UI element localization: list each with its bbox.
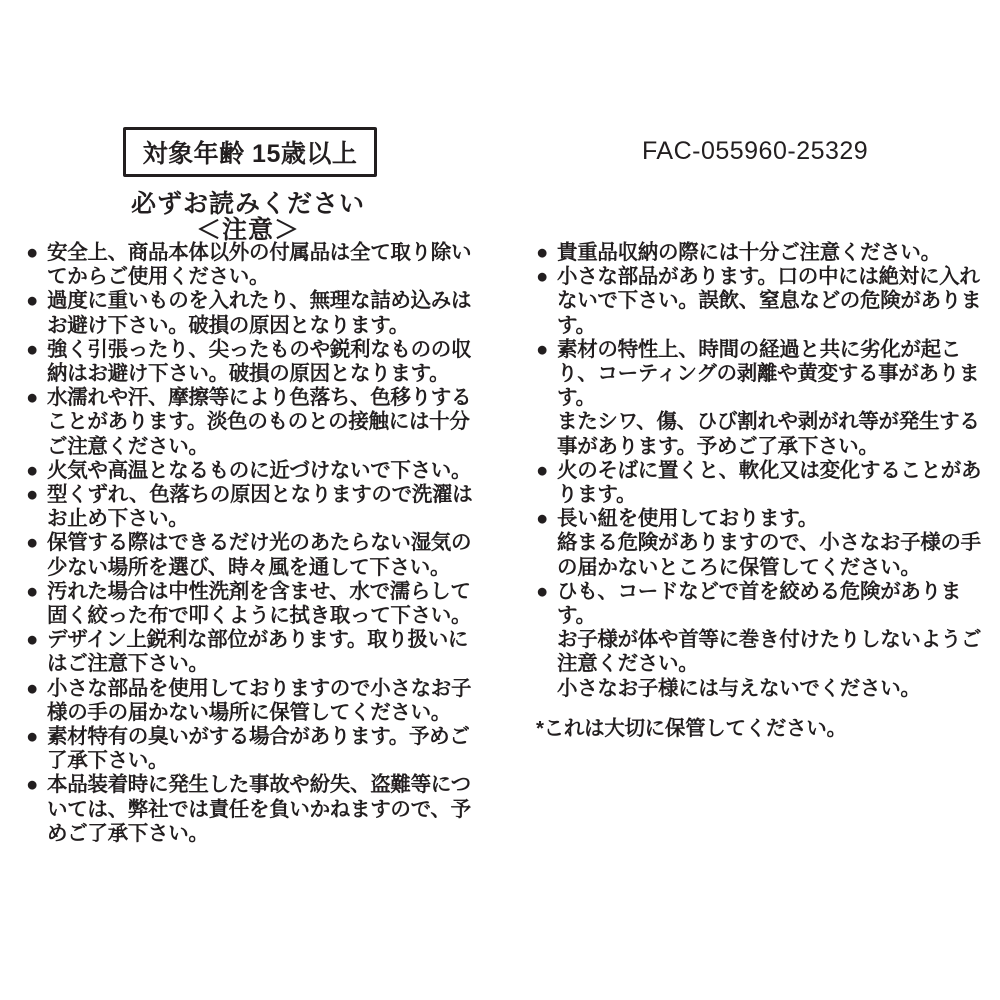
- bullet-icon: ●: [26, 386, 47, 410]
- age-restriction-box: 対象年齢 15歳以上: [123, 127, 377, 177]
- bullet-icon: ●: [536, 459, 557, 483]
- bullet-icon: ●: [26, 289, 47, 313]
- caution-item: ● 素材特有の臭いがする場合があります。予めご了承下さい。: [26, 725, 488, 773]
- caution-item: ● 本品装着時に発生した事故や紛失、盗難等については、弊社では責任を負いかねます…: [26, 773, 488, 846]
- caution-item: ● 強く引張ったり、尖ったものや鋭利なものの収納はお避け下さい。破損の原因となり…: [26, 338, 488, 386]
- caution-item: ● 長い紐を使用しております。 絡まる危険がありますので、小さなお子様の手の届か…: [536, 507, 992, 580]
- caution-item-text: 汚れた場合は中性洗剤を含ませ、水で濡らして固く絞った布で叩くように拭き取って下さ…: [47, 580, 488, 628]
- caution-item-text: 安全上、商品本体以外の付属品は全て取り除いてからご使用ください。: [47, 241, 488, 289]
- age-restriction-label: 対象年齢 15歳以上: [143, 134, 358, 170]
- caution-list-left: ● 安全上、商品本体以外の付属品は全て取り除いてからご使用ください。 ● 過度に…: [26, 241, 488, 846]
- caution-item-text: 火気や高温となるものに近づけないで下さい。: [47, 459, 488, 483]
- product-code: FAC-055960-25329: [642, 137, 868, 166]
- bullet-icon: ●: [536, 241, 557, 265]
- caution-item-text: 長い紐を使用しております。 絡まる危険がありますので、小さなお子様の手の届かない…: [557, 507, 992, 580]
- caution-item: ● 安全上、商品本体以外の付属品は全て取り除いてからご使用ください。: [26, 241, 488, 289]
- bullet-icon: ●: [26, 531, 47, 555]
- bullet-icon: ●: [26, 241, 47, 265]
- caution-item-text: デザイン上鋭利な部位があります。取り扱いにはご注意下さい。: [47, 628, 488, 676]
- bullet-icon: ●: [26, 459, 47, 483]
- caution-item: ● 火のそばに置くと、軟化又は変化することがあります。: [536, 459, 992, 507]
- caution-item: ● デザイン上鋭利な部位があります。取り扱いにはご注意下さい。: [26, 628, 488, 676]
- caution-item-text: 本品装着時に発生した事故や紛失、盗難等については、弊社では責任を負いかねますので…: [47, 773, 488, 846]
- caution-item: ● 貴重品収納の際には十分ご注意ください。: [536, 241, 992, 265]
- caution-item: ● 火気や高温となるものに近づけないで下さい。: [26, 459, 488, 483]
- bullet-icon: ●: [26, 483, 47, 507]
- bullet-icon: ●: [536, 338, 557, 362]
- caution-list-right: ● 貴重品収納の際には十分ご注意ください。 ● 小さな部品があります。口の中には…: [536, 241, 992, 701]
- caution-item-text: 素材特有の臭いがする場合があります。予めご了承下さい。: [47, 725, 488, 773]
- bullet-icon: ●: [536, 507, 557, 531]
- caution-item-text: ひも、コードなどで首を絞める危険があります。 お子様が体や首等に巻き付けたりしな…: [557, 580, 992, 701]
- caution-item-text: 小さな部品を使用しておりますので小さなお子様の手の届かない場所に保管してください…: [47, 677, 488, 725]
- caution-item-text: 火のそばに置くと、軟化又は変化することがあります。: [557, 459, 992, 507]
- bullet-icon: ●: [536, 265, 557, 289]
- caution-item: ● 型くずれ、色落ちの原因となりますので洗濯はお止め下さい。: [26, 483, 488, 531]
- caution-item-text: 保管する際はできるだけ光のあたらない湿気の少ない場所を選び、時々風を通して下さい…: [47, 531, 488, 579]
- caution-item-text: 貴重品収納の際には十分ご注意ください。: [557, 241, 992, 265]
- caution-item: ● 汚れた場合は中性洗剤を含ませ、水で濡らして固く絞った布で叩くように拭き取って…: [26, 580, 488, 628]
- caution-item-text: 強く引張ったり、尖ったものや鋭利なものの収納はお避け下さい。破損の原因となります…: [47, 338, 488, 386]
- caution-column-left: ● 安全上、商品本体以外の付属品は全て取り除いてからご使用ください。 ● 過度に…: [26, 241, 488, 846]
- bullet-icon: ●: [26, 773, 47, 797]
- caution-item-text: 小さな部品があります。口の中には絶対に入れないで下さい。誤飲、窒息などの危険があ…: [557, 265, 992, 338]
- caution-item: ● ひも、コードなどで首を絞める危険があります。 お子様が体や首等に巻き付けたり…: [536, 580, 992, 701]
- caution-item-text: 過度に重いものを入れたり、無理な詰め込みはお避け下さい。破損の原因となります。: [47, 289, 488, 337]
- caution-item-text: 型くずれ、色落ちの原因となりますので洗濯はお止め下さい。: [47, 483, 488, 531]
- bullet-icon: ●: [26, 725, 47, 749]
- caution-column-right: ● 貴重品収納の際には十分ご注意ください。 ● 小さな部品があります。口の中には…: [536, 241, 992, 741]
- caution-item-text: 水濡れや汗、摩擦等により色落ち、色移りすることがあります。淡色のものとの接触には…: [47, 386, 488, 459]
- bullet-icon: ●: [26, 338, 47, 362]
- bullet-icon: ●: [536, 580, 557, 604]
- caution-item: ● 素材の特性上、時間の経過と共に劣化が起こり、コーティングの剥離や黄変する事が…: [536, 338, 992, 459]
- bullet-icon: ●: [26, 677, 47, 701]
- caution-item: ● 小さな部品があります。口の中には絶対に入れないで下さい。誤飲、窒息などの危険…: [536, 265, 992, 338]
- caution-item: ● 保管する際はできるだけ光のあたらない湿気の少ない場所を選び、時々風を通して下…: [26, 531, 488, 579]
- caution-item-text: 素材の特性上、時間の経過と共に劣化が起こり、コーティングの剥離や黄変する事があり…: [557, 338, 992, 459]
- caution-item: ● 過度に重いものを入れたり、無理な詰め込みはお避け下さい。破損の原因となります…: [26, 289, 488, 337]
- warning-label-page: 対象年齢 15歳以上 FAC-055960-25329 必ずお読みください ＜注…: [0, 0, 1000, 1000]
- bullet-icon: ●: [26, 628, 47, 652]
- storage-footnote: *これは大切に保管してください。: [536, 717, 992, 741]
- bullet-icon: ●: [26, 580, 47, 604]
- caution-item: ● 小さな部品を使用しておりますので小さなお子様の手の届かない場所に保管してくだ…: [26, 677, 488, 725]
- caution-item: ● 水濡れや汗、摩擦等により色落ち、色移りすることがあります。淡色のものとの接触…: [26, 386, 488, 459]
